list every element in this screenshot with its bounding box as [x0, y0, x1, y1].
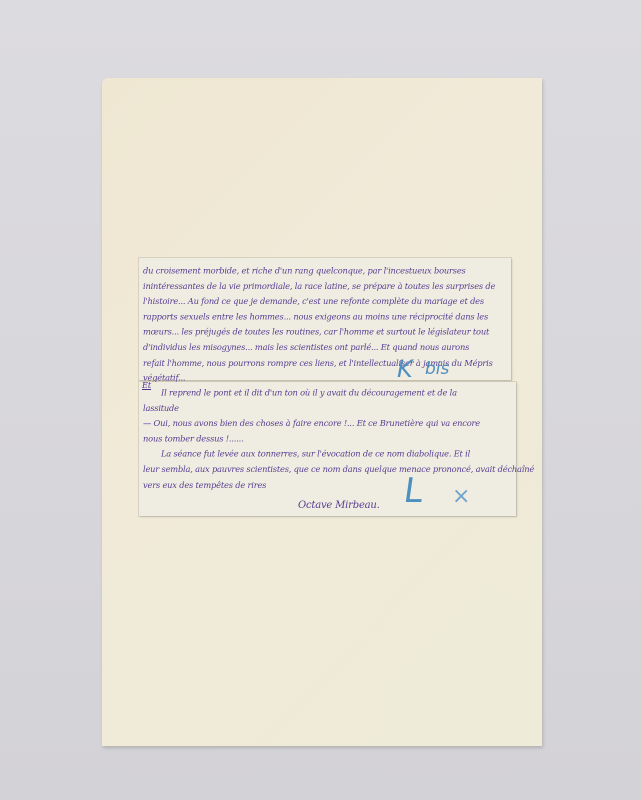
handwriting-line: leur sembla, aux pauvres scientistes, qu… — [143, 462, 534, 477]
pencil-mark-k: K — [397, 355, 413, 383]
pencil-mark-bis: bis — [425, 359, 449, 379]
handwriting-line: d'individus les misogynes... mais les sc… — [143, 340, 495, 355]
handwriting-line: du croisement morbide, et riche d'un ran… — [143, 263, 495, 278]
handwriting-line: lassitude — [143, 400, 534, 415]
pencil-cross-mark: × — [452, 484, 470, 509]
handwriting-line: inintéressantes de la vie primordiale, l… — [143, 278, 495, 293]
handwriting-line: La séance fut levée aux tonnerres, sur l… — [143, 446, 534, 461]
handwriting-line: — Oui, nous avons bien des choses à fair… — [143, 416, 534, 431]
signature: Octave Mirbeau. — [143, 499, 534, 514]
handwriting-strip-2: Il reprend le pont et il dit d'un ton où… — [143, 385, 534, 514]
handwriting-line: rapports sexuels entre les hommes... nou… — [143, 309, 495, 324]
handwriting-line: nous tomber dessus !...... — [143, 431, 534, 446]
handwriting-line: l'histoire... Au fond ce que je demande,… — [143, 294, 495, 309]
handwriting-line: mœurs... les préjugés de toutes les rout… — [143, 324, 495, 339]
handwriting-line: Il reprend le pont et il dit d'un ton où… — [143, 385, 534, 400]
handwriting-line: vers eux des tempêtes de rires — [143, 477, 534, 492]
